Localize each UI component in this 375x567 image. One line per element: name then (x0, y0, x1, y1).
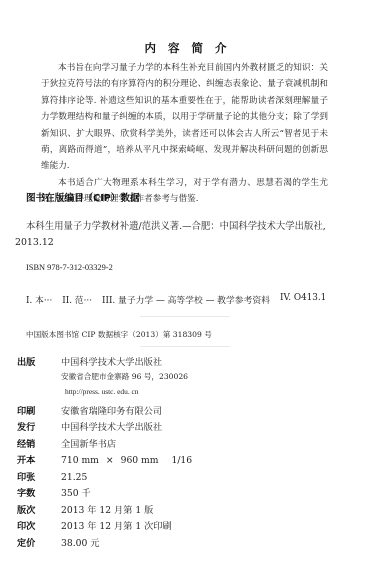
colophon-row-address: 安徽省合肥市金寨路 96 号，230026 (17, 371, 267, 387)
colophon-row-printing: 印次 2013 年 12 月第 1 次印刷 (17, 518, 267, 535)
colophon-value: 全国新华书店 (61, 436, 116, 450)
intro-body: 本书旨在向学习量子力学的本科生补充目前国内外教材匮乏的知识：关于狄拉克符号法的有… (41, 60, 328, 208)
colophon-label: 字数 (17, 485, 45, 499)
colophon-label: 开本 (17, 452, 45, 466)
colophon-label: 印次 (17, 518, 45, 532)
format-width: 710 mm (61, 455, 99, 466)
colophon-value: 中国科学技术大学出版社 (61, 419, 162, 433)
cip-number: 中国版本图书馆 CIP 数据核字（2013）第 318309 号 (26, 329, 212, 340)
colophon-value: 中国科学技术大学出版社 (61, 354, 162, 368)
colophon-label: 版次 (17, 502, 45, 516)
colophon-label: 定价 (17, 535, 45, 549)
colophon-row-edition: 版次 2013 年 12 月第 1 版 (17, 502, 267, 519)
intro-paragraph: 本书旨在向学习量子力学的本科生补充目前国内外教材匮乏的知识：关于狄拉克符号法的有… (41, 60, 328, 175)
colophon-value: 38.00 元 (61, 535, 99, 549)
colophon-row-price: 定价 38.00 元 (17, 535, 267, 552)
classification-item: III. 量子力学 — 高等学校 — 教学参考资料 (102, 293, 270, 306)
cip-record: 本科生用量子力学教材补遗/范洪义著.—合肥：中国科学技术大学出版社, 2013.… (15, 219, 360, 251)
format-height: 960 mm (121, 455, 159, 466)
colophon-label: 印刷 (17, 403, 45, 417)
colophon-value: 安徽省瑞隆印务有限公司 (61, 403, 162, 417)
colophon-label: 发行 (17, 419, 45, 433)
colophon-value: 710 mm×960 mm1/16 (61, 455, 199, 466)
colophon-row-format: 开本 710 mm×960 mm1/16 (17, 452, 267, 469)
colophon-value: 2013 年 12 月第 1 版 (61, 502, 153, 516)
colophon-value: 350 千 (61, 485, 91, 499)
cip-heading: 图书在版编目（CIP）数据 (26, 190, 140, 204)
colophon-value: 21.25 (61, 472, 87, 483)
colophon-row-sheets: 印张 21.25 (17, 469, 267, 486)
colophon-value: 2013 年 12 月第 1 次印刷 (61, 518, 172, 532)
copyright-page: 内 容 简 介 本书旨在向学习量子力学的本科生补充目前国内外教材匮乏的知识：关于… (0, 0, 375, 567)
cip-date: 2013.12 (15, 235, 360, 251)
colophon-label: 经销 (17, 436, 45, 450)
colophon-row-retailer: 经销 全国新华书店 (17, 436, 267, 453)
divider (140, 316, 230, 317)
classification-item: IV. O413.1 (280, 293, 326, 306)
intro-title: 内 容 简 介 (0, 40, 375, 56)
publisher-url: http://press. ustc. edu. cn (65, 387, 138, 396)
format-fraction: 1/16 (171, 455, 192, 466)
colophon-row-printer: 印刷 安徽省瑞隆印务有限公司 (17, 403, 267, 420)
divider (140, 346, 230, 347)
colophon-row-distributor: 发行 中国科学技术大学出版社 (17, 419, 267, 436)
isbn: ISBN 978-7-312-03329-2 (26, 263, 113, 272)
classification-item: I. 本··· (26, 293, 52, 306)
colophon-label: 出版 (17, 354, 45, 368)
colophon: 出版 中国科学技术大学出版社 安徽省合肥市金寨路 96 号，230026 htt… (17, 354, 267, 551)
cip-title-line: 本科生用量子力学教材补遗/范洪义著.—合肥：中国科学技术大学出版社, (15, 219, 360, 235)
classification-item: II. 范··· (62, 293, 92, 306)
format-times: × (106, 455, 114, 466)
publisher-address: 安徽省合肥市金寨路 96 号，230026 (61, 371, 188, 382)
colophon-row-word-count: 字数 350 千 (17, 485, 267, 502)
colophon-row-publisher: 出版 中国科学技术大学出版社 (17, 354, 267, 371)
classification-line: I. 本··· II. 范··· III. 量子力学 — 高等学校 — 教学参考… (26, 293, 361, 306)
colophon-label: 印张 (17, 469, 45, 483)
colophon-row-url: http://press. ustc. edu. cn (17, 387, 267, 403)
